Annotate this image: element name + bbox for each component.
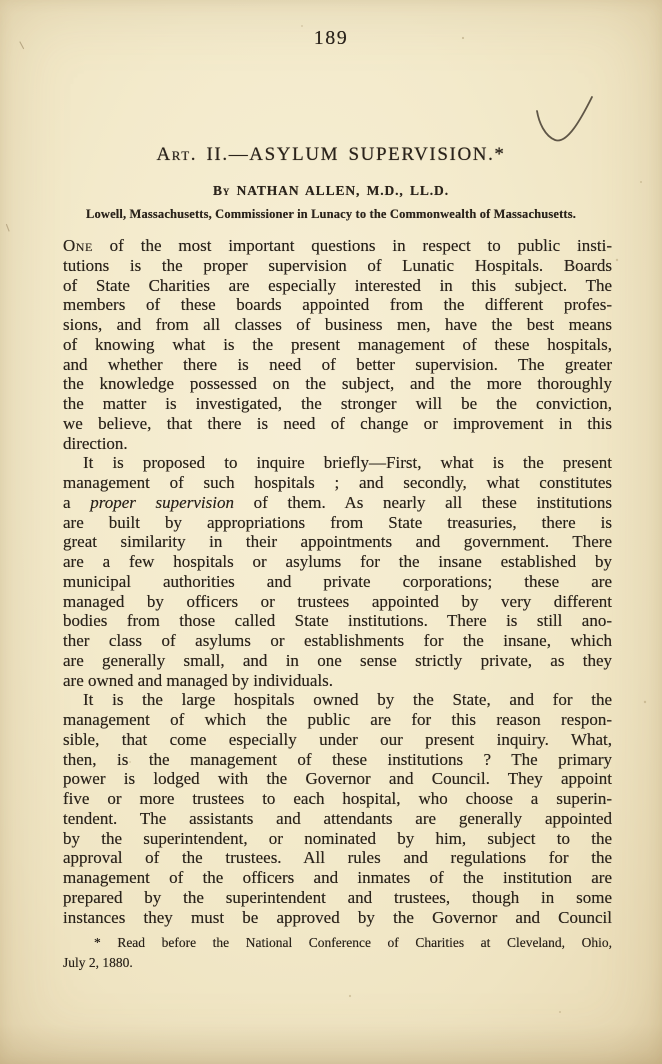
text-line: are owned and managed by individuals. <box>63 671 612 691</box>
article-affiliation: Lowell, Massachusetts, Commissioner in L… <box>0 207 662 222</box>
text-line: are generally small, and in one sense st… <box>63 651 612 671</box>
article-title: Art. II.—ASYLUM SUPERVISION.* <box>0 144 662 166</box>
handwritten-check-mark <box>537 97 592 141</box>
paragraph: It is proposed to inquire briefly—First,… <box>63 453 612 690</box>
text-line: then, is the management of these institu… <box>63 750 612 770</box>
scanned-page: 189 Art. II.—ASYLUM SUPERVISION.* By NAT… <box>0 0 662 1064</box>
text-line: and whether there is need of better supe… <box>63 355 612 375</box>
text-line: the knowledge possessed on the subject, … <box>63 374 612 394</box>
footnote-line: July 2, 1880. <box>63 953 612 973</box>
text-line: bodies from those called State instituti… <box>63 611 612 631</box>
text-line: It is proposed to inquire briefly—First,… <box>63 453 612 473</box>
text-line: are built by appropriations from State t… <box>63 513 612 533</box>
text-line: tutions is the proper supervision of Lun… <box>63 256 612 276</box>
text-line: direction. <box>63 434 612 454</box>
text-line: members of these boards appointed from t… <box>63 295 612 315</box>
paper-speck-icon <box>349 995 351 997</box>
text-line: managed by officers or trustees appointe… <box>63 592 612 612</box>
text-line: prepared by the superintendent and trust… <box>63 888 612 908</box>
text-line: a proper supervision of them. As nearly … <box>63 493 612 513</box>
footnote: * Read before the National Conference of… <box>63 933 612 972</box>
paragraph: It is the large hospitals owned by the S… <box>63 690 612 927</box>
text-line: management of the officers and inmates o… <box>63 868 612 888</box>
page-number: 189 <box>0 27 662 50</box>
text-line: by the superintendent, or nominated by h… <box>63 829 612 849</box>
text-line: we believe, that there is need of change… <box>63 414 612 434</box>
article-byline: By NATHAN ALLEN, M.D., LL.D. <box>0 183 662 199</box>
text-line: are a few hospitals or asylums for the i… <box>63 552 612 572</box>
footnote-line: * Read before the National Conference of… <box>63 933 612 953</box>
text-line: great similarity in their appointments a… <box>63 532 612 552</box>
text-line: the matter is investigated, the stronger… <box>63 394 612 414</box>
text-line: municipal authorities and private corpor… <box>63 572 612 592</box>
paper-speck-icon <box>616 259 618 261</box>
paragraph: One of the most important questions in r… <box>63 236 612 453</box>
text-line: management of such hospitals ; and secon… <box>63 473 612 493</box>
body-text: One of the most important questions in r… <box>63 236 612 927</box>
text-line: ther class of asylums or establishments … <box>63 631 612 651</box>
text-line: five or more trustees to each hospital, … <box>63 789 612 809</box>
text-line: of State Charities are especially intere… <box>63 276 612 296</box>
paper-speck-icon <box>644 701 646 703</box>
text-line: instances they must be approved by the G… <box>63 908 612 928</box>
text-line: power is lodged with the Governor and Co… <box>63 769 612 789</box>
text-line: It is the large hospitals owned by the S… <box>63 690 612 710</box>
text-line: of knowing what is the present managemen… <box>63 335 612 355</box>
text-line: approval of the trustees. All rules and … <box>63 848 612 868</box>
paper-speck-icon <box>559 1011 561 1013</box>
text-line: management of which the public are for t… <box>63 710 612 730</box>
text-line: tendent. The assistants and attendants a… <box>63 809 612 829</box>
paper-fleck-icon <box>7 225 10 232</box>
text-line: sible, that come especially under our pr… <box>63 730 612 750</box>
text-line: One of the most important questions in r… <box>63 236 612 256</box>
text-line: sions, and from all classes of business … <box>63 315 612 335</box>
